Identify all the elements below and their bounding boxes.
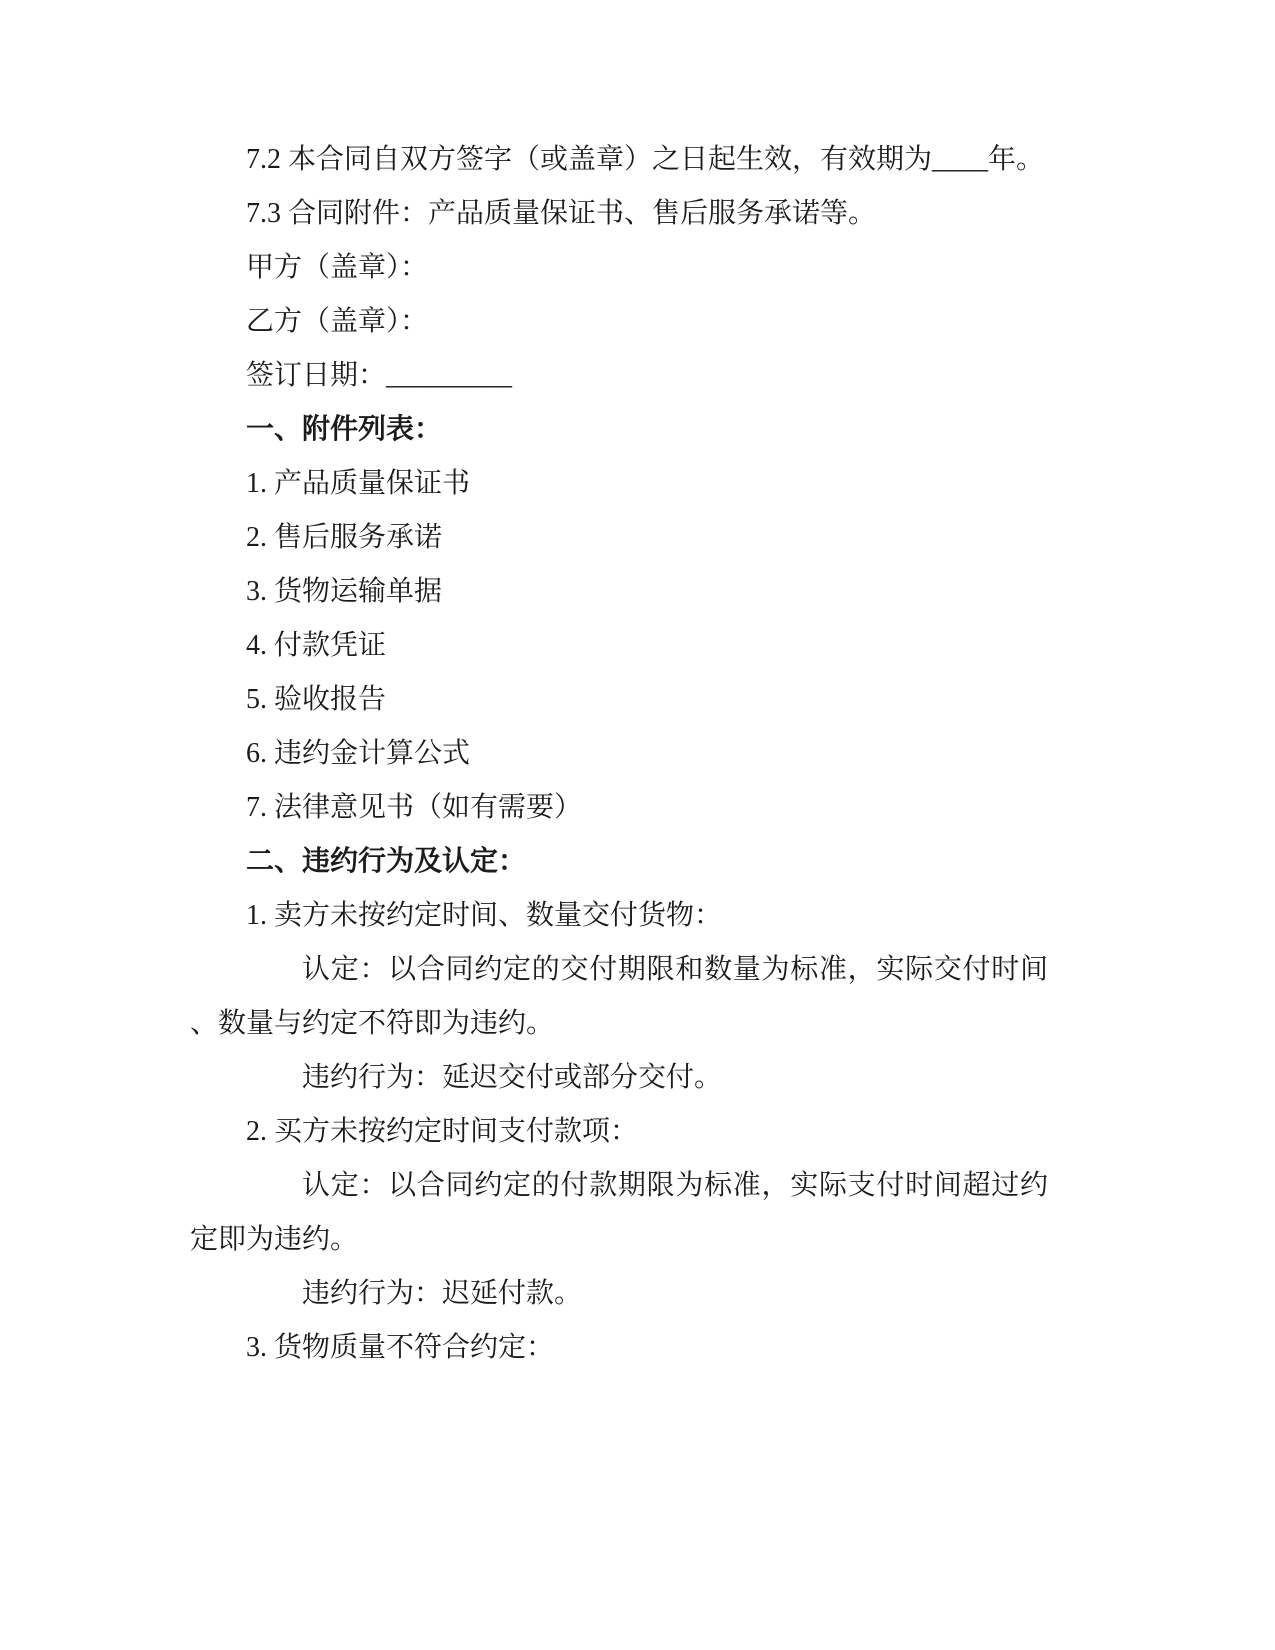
party-a-seal-line: 甲方（盖章）： bbox=[190, 241, 1048, 295]
attachment-item-3: 3. 货物运输单据 bbox=[190, 565, 1048, 619]
clause-7-3: 7.3 合同附件：产品质量保证书、售后服务承诺等。 bbox=[190, 187, 1048, 241]
breach-1-determination: 认定：以合同约定的交付期限和数量为标准，实际交付时间、数量与约定不符即为违约。 bbox=[190, 943, 1048, 1051]
breach-item-2: 2. 买方未按约定时间支付款项： bbox=[190, 1105, 1048, 1159]
attachment-item-6: 6. 违约金计算公式 bbox=[190, 727, 1048, 781]
attachment-item-1: 1. 产品质量保证书 bbox=[190, 457, 1048, 511]
attachment-item-5: 5. 验收报告 bbox=[190, 673, 1048, 727]
breach-heading: 二、违约行为及认定： bbox=[190, 835, 1048, 889]
breach-2-determination: 认定：以合同约定的付款期限为标准，实际支付时间超过约定即为违约。 bbox=[190, 1159, 1048, 1267]
breach-item-1: 1. 卖方未按约定时间、数量交付货物： bbox=[190, 889, 1048, 943]
attachments-heading: 一、附件列表： bbox=[190, 403, 1048, 457]
document-page: 7.2 本合同自双方签字（或盖章）之日起生效，有效期为____年。 7.3 合同… bbox=[0, 0, 1275, 1650]
breach-item-3: 3. 货物质量不符合约定： bbox=[190, 1321, 1048, 1375]
breach-1-behavior: 违约行为：延迟交付或部分交付。 bbox=[190, 1051, 1048, 1105]
signing-date-line: 签订日期：_________ bbox=[190, 349, 1048, 403]
attachment-item-7: 7. 法律意见书（如有需要） bbox=[190, 781, 1048, 835]
attachment-item-2: 2. 售后服务承诺 bbox=[190, 511, 1048, 565]
party-b-seal-line: 乙方（盖章）： bbox=[190, 295, 1048, 349]
attachment-item-4: 4. 付款凭证 bbox=[190, 619, 1048, 673]
breach-2-behavior: 违约行为：迟延付款。 bbox=[190, 1267, 1048, 1321]
document-content: 7.2 本合同自双方签字（或盖章）之日起生效，有效期为____年。 7.3 合同… bbox=[190, 133, 1048, 1375]
clause-7-2: 7.2 本合同自双方签字（或盖章）之日起生效，有效期为____年。 bbox=[190, 133, 1048, 187]
